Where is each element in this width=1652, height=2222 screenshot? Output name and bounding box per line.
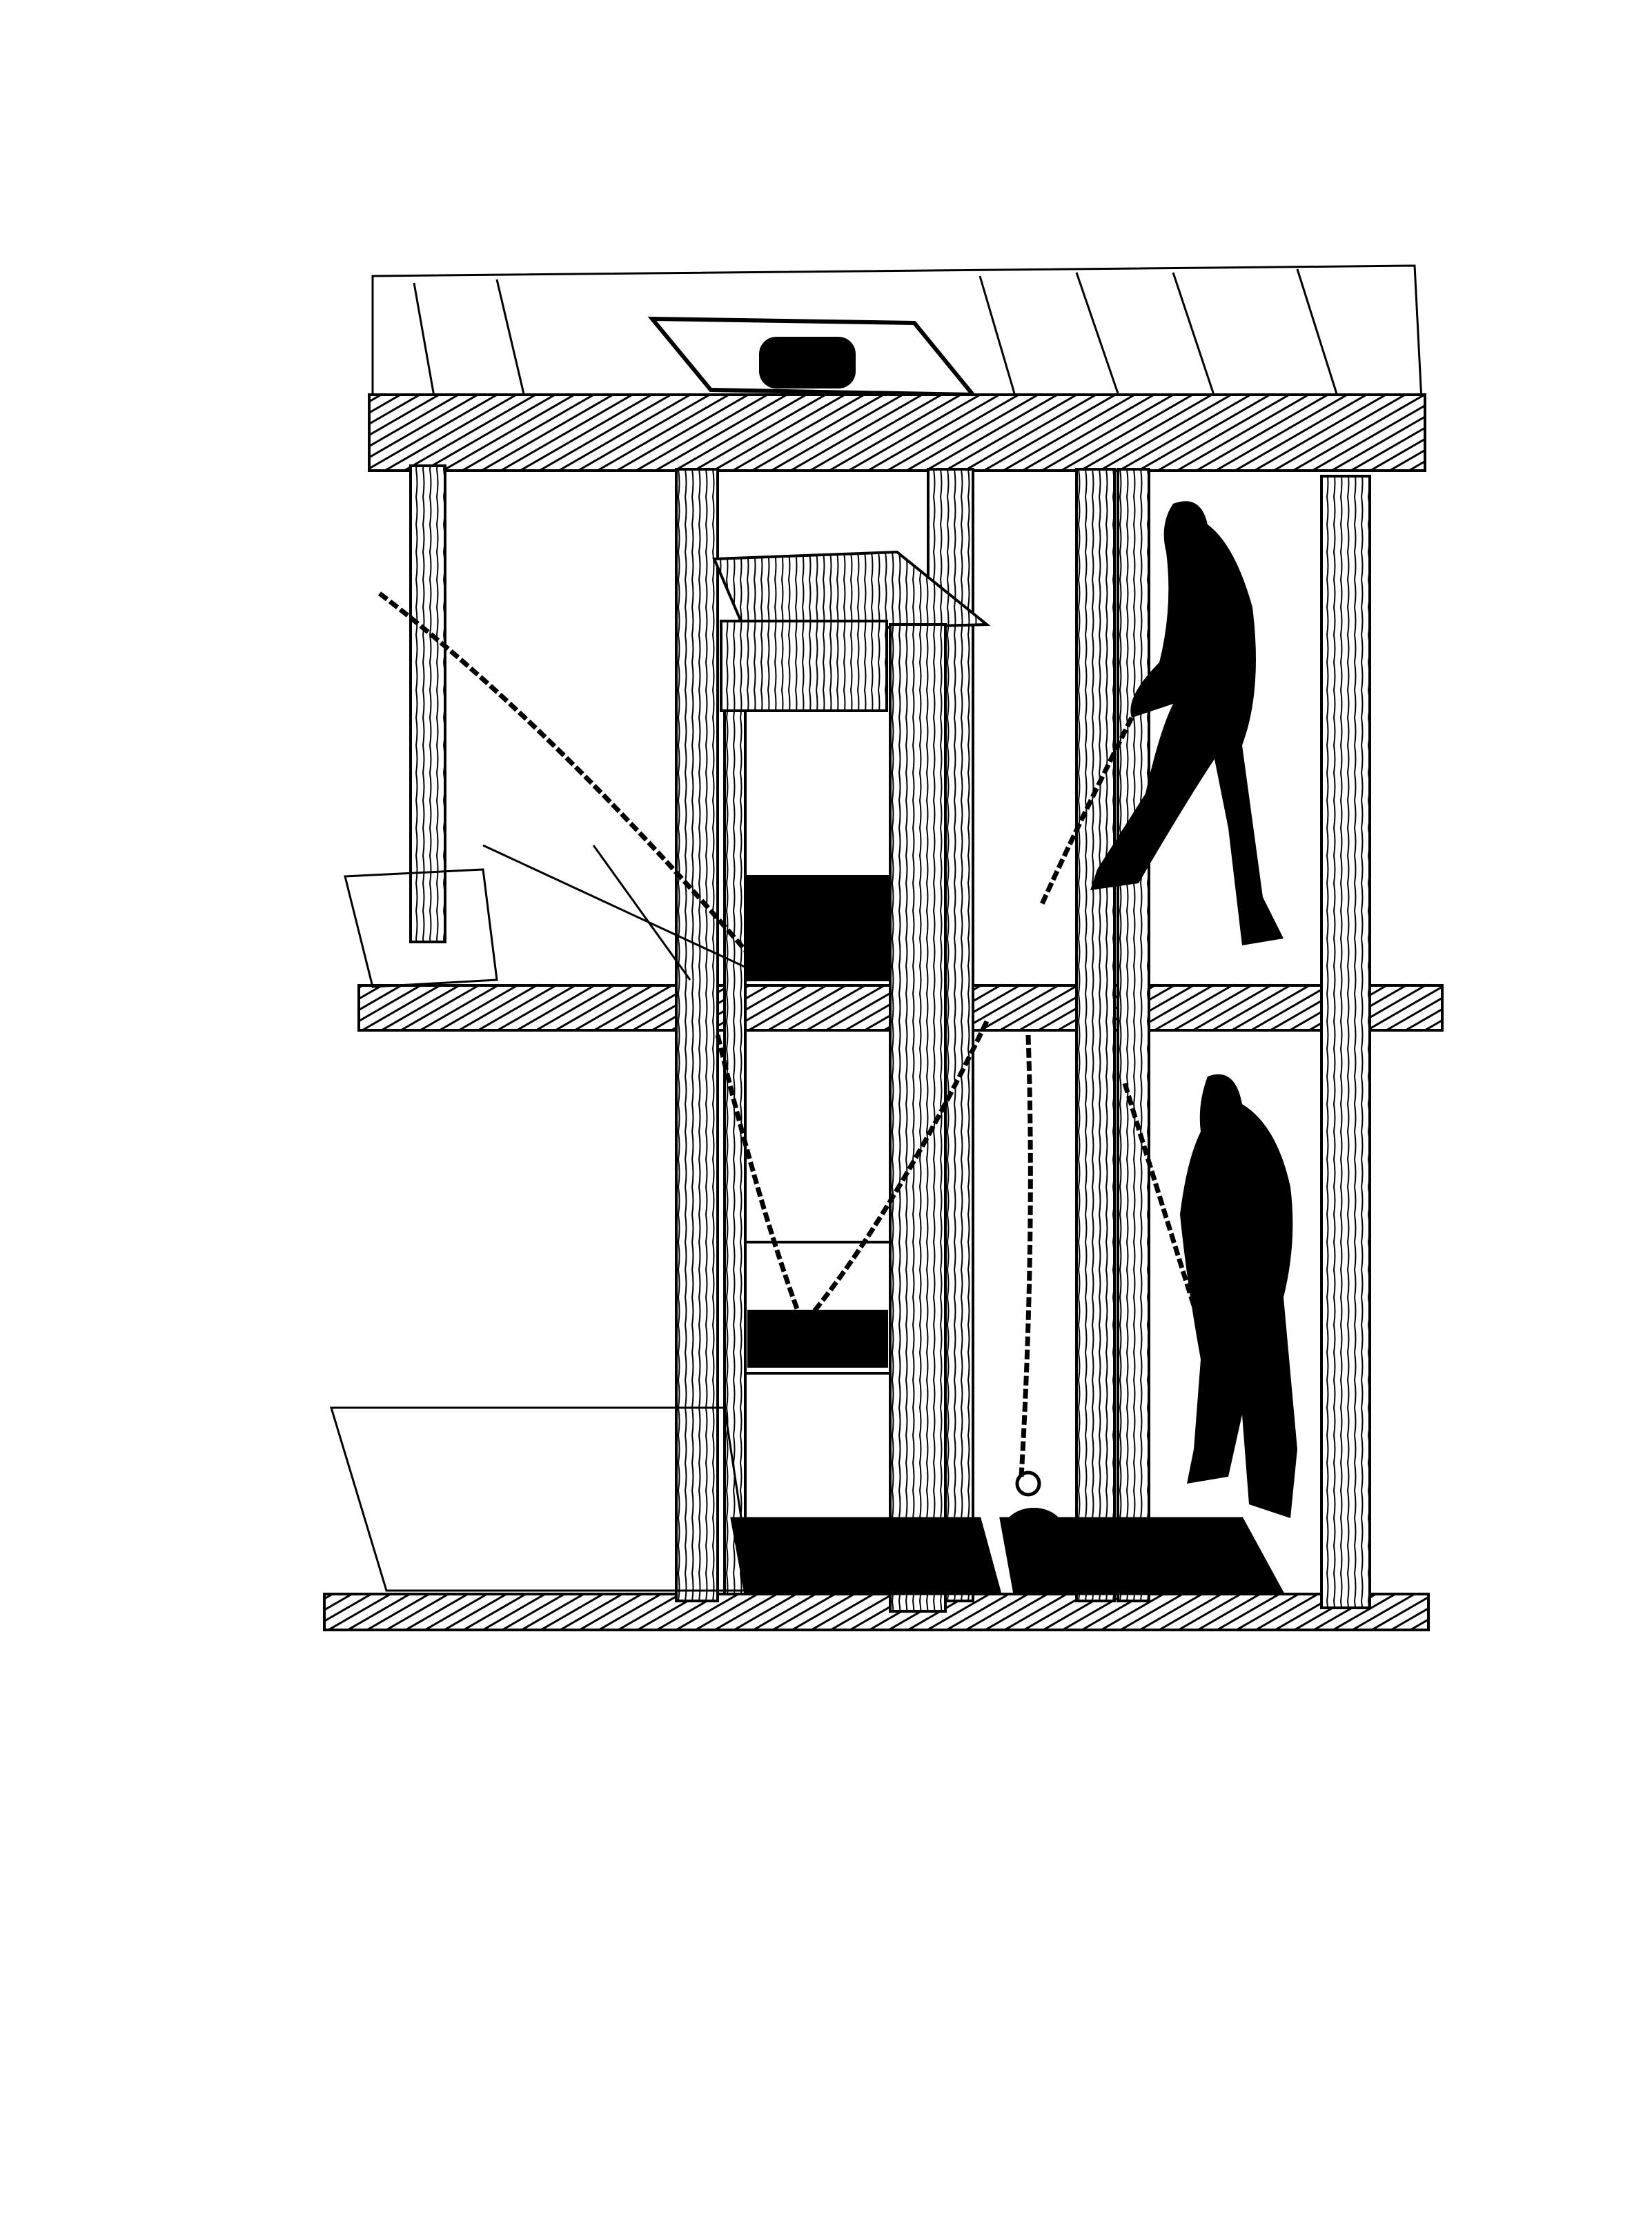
guillotine-frame [714,552,987,1611]
hanging-weight [1003,1473,1065,1556]
roof [373,266,1422,407]
hatch-opening [759,337,856,389]
bottom-beam [324,1594,1428,1630]
ink-illustration [0,0,1652,2222]
lower-worker-silhouette [1180,1074,1297,1518]
top-beam [369,395,1425,471]
